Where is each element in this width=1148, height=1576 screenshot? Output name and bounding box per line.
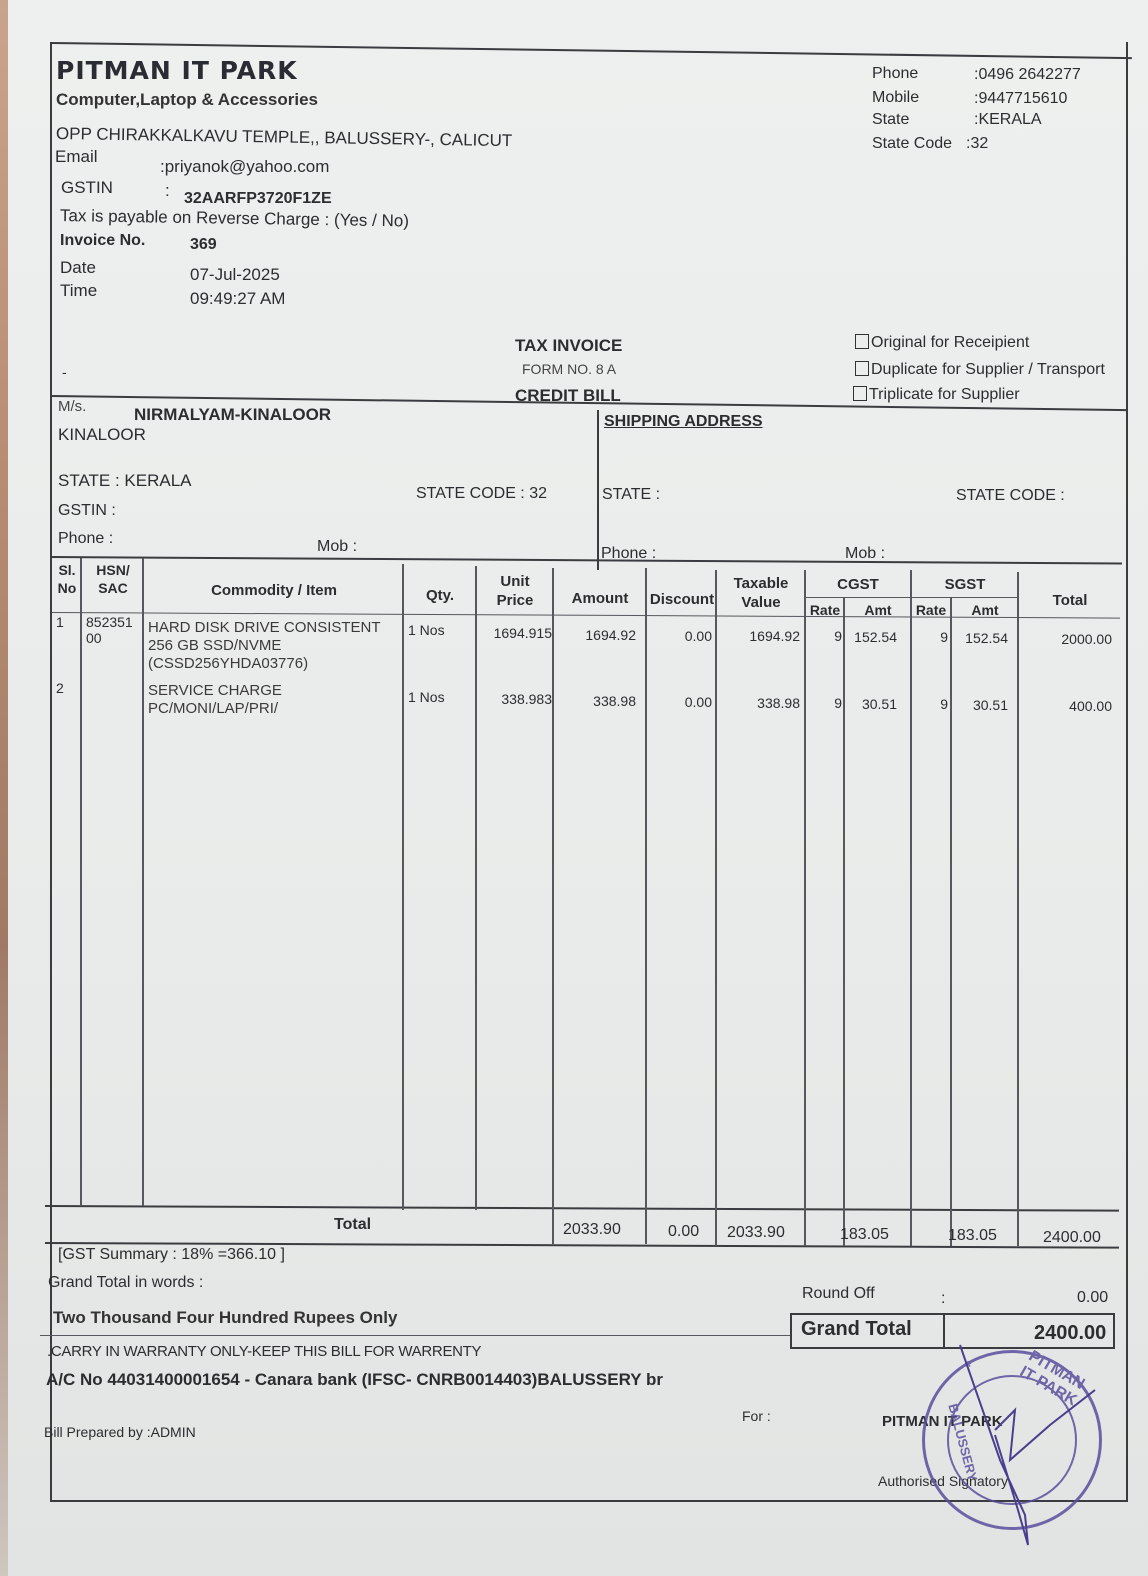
seller-gstin: 32AARFP3720F1ZE [184,190,332,208]
round-off-value: 0.00 [1077,1289,1108,1307]
row-item-line: 256 GB SSD/NVME [148,637,381,655]
checkbox-duplicate[interactable] [855,361,869,376]
round-off-sep: : [941,1290,945,1308]
col-rule [475,566,477,1210]
row-amount: 1694.92 [554,627,636,643]
header-qty: Qty. [404,587,476,604]
row-cgst-rate: 9 [806,695,842,711]
buyer-ms-label: M/s. [58,398,86,415]
row-sgst-amt: 30.51 [952,697,1008,713]
row-hsn: 852351 00 [86,614,133,646]
grand-total-words: Two Thousand Four Hundred Rupees Only [53,1308,397,1328]
copy-duplicate-label: Duplicate for Supplier / Transport [871,361,1105,378]
gst-summary: [GST Summary : 18% =366.10 ] [58,1246,285,1264]
row-qty: 1 Nos [408,622,445,638]
invoice-time: 09:49:27 AM [190,289,285,309]
header-sl-no: Sl. No [54,561,80,597]
col-rule [402,564,404,1210]
shipping-state: STATE : [602,486,660,504]
divider-footer [40,1335,790,1336]
form-number: FORM NO. 8 A [522,361,616,377]
row-item-line: (CSSD256YHDA03776) [148,655,381,673]
seller-phone: :0496 2642277 [974,66,1081,84]
totals-discount: 0.00 [668,1223,699,1241]
copy-triplicate[interactable]: Triplicate for Supplier [853,386,1020,404]
row-discount: 0.00 [646,628,712,644]
buyer-phone: Phone : [58,530,113,548]
header-price: Price [477,591,553,610]
col-rule [804,570,806,1246]
header-no: No [54,579,80,597]
for-label: For : [742,1408,771,1424]
warranty-note: .CARRY IN WARRANTY ONLY-KEEP THIS BILL F… [47,1343,481,1360]
row-cgst-rate: 9 [806,628,842,644]
row-cgst-amt: 152.54 [845,629,897,645]
header-total: Total [1019,592,1121,609]
placeholder-dash: - [62,364,67,380]
invoice-number-label: Invoice No. [60,232,145,250]
header-unit-price: Unit Price [477,572,553,610]
col-rule [142,558,144,1206]
photo-background-edge [0,0,8,1576]
copy-original[interactable]: Original for Receipient [855,334,1029,352]
col-rule [715,570,717,1246]
copy-original-label: Original for Receipient [871,334,1029,351]
seller-gstin-sep: : [165,181,170,201]
col-rule [552,568,554,1244]
invoice-date-label: Date [60,258,96,278]
header-discount: Discount [646,591,718,608]
row-discount: 0.00 [646,694,712,710]
header-value: Value [717,593,805,612]
row-sl: 2 [56,680,64,696]
seller-email: :priyanok@yahoo.com [160,157,329,177]
col-rule [80,558,82,1206]
seller-state: :KERALA [974,111,1042,129]
row-cgst-amt: 30.51 [845,696,897,712]
header-hsn: HSN/ [84,561,142,579]
header-cgst: CGST [806,576,910,593]
header-sl: Sl. [54,561,80,579]
divider-buyer-shipping [597,410,599,570]
row-sgst-rate: 9 [912,629,948,645]
checkbox-triplicate[interactable] [853,386,867,401]
col-rule [910,570,912,1246]
bill-prepared-by: Bill Prepared by :ADMIN [44,1424,196,1440]
grand-total-words-label: Grand Total in words : [48,1274,203,1292]
header-sgst-rate: Rate [912,602,950,618]
header-sgst: SGST [912,576,1018,593]
row-sgst-rate: 9 [912,696,948,712]
round-off-label: Round Off [802,1285,875,1303]
totals-cgst-amt: 183.05 [840,1226,889,1244]
totals-amount: 2033.90 [563,1221,621,1239]
shipping-address-title: SHIPPING ADDRESS [604,413,763,431]
row-hsn-line: 00 [86,630,133,646]
col-rule [950,598,952,1246]
header-sgst-amt: Amt [952,602,1018,618]
copy-duplicate[interactable]: Duplicate for Supplier / Transport [855,361,1105,379]
grand-total-label: Grand Total [801,1318,912,1341]
row-amount: 338.98 [554,693,636,709]
row-item-line: SERVICE CHARGE [148,682,282,700]
row-item-line: HARD DISK DRIVE CONSISTENT [148,619,381,637]
totals-label: Total [334,1216,371,1234]
buyer-state: STATE : KERALA [58,471,192,491]
buyer-gstin: GSTIN : [58,502,116,520]
header-taxable: Taxable [717,574,805,593]
row-item-line: PC/MONI/LAP/PRI/ [148,700,282,718]
seller-tagline: Computer,Laptop & Accessories [56,90,318,110]
header-cgst-amt: Amt [845,602,911,618]
invoice-number: 369 [190,236,217,254]
header-unit: Unit [477,572,553,591]
header-item: Commodity / Item [144,582,404,599]
row-total: 2000.00 [1019,631,1112,647]
row-sgst-amt: 152.54 [952,630,1008,646]
checkbox-original[interactable] [855,334,869,349]
row-unit-price: 338.983 [477,691,552,707]
row-taxable: 338.98 [717,695,800,711]
buyer-state-code: STATE CODE : 32 [416,485,547,503]
buyer-mob: Mob : [317,538,357,556]
header-amount: Amount [554,590,646,607]
row-taxable: 1694.92 [717,628,800,644]
bank-details: A/C No 44031400001654 - Canara bank (IFS… [46,1370,663,1390]
buyer-address: KINALOOR [58,425,146,445]
seller-mobile-label: Mobile [872,89,919,107]
shipping-state-code: STATE CODE : [956,487,1065,505]
seller-name-logo: PITMAN IT PARK [56,56,298,85]
copy-triplicate-label: Triplicate for Supplier [869,386,1020,403]
seller-state-code: :32 [966,135,988,153]
invoice-date: 07-Jul-2025 [190,265,280,285]
invoice-border [50,42,1128,1502]
totals-total: 2400.00 [1043,1229,1101,1247]
col-rule [645,568,647,1244]
invoice-time-label: Time [60,281,97,301]
row-hsn-line: 852351 [86,614,133,630]
seller-gstin-label: GSTIN [61,178,113,198]
row-item: SERVICE CHARGE PC/MONI/LAP/PRI/ [148,682,282,718]
seller-email-label: Email [55,147,98,167]
seller-state-code-label: State Code [872,135,952,153]
buyer-name: NIRMALYAM-KINALOOR [134,405,331,425]
col-rule [1017,572,1019,1246]
totals-sgst-amt: 183.05 [948,1227,997,1245]
row-total: 400.00 [1019,698,1112,714]
seller-phone-label: Phone [872,65,918,83]
row-sl: 1 [56,614,64,630]
seller-mobile: :9447715610 [974,90,1067,108]
header-hsn-sac: HSN/ SAC [84,561,142,597]
row-unit-price: 1694.915 [477,625,552,641]
header-sac: SAC [84,579,142,597]
totals-taxable: 2033.90 [727,1224,785,1242]
row-item: HARD DISK DRIVE CONSISTENT 256 GB SSD/NV… [148,619,381,673]
header-taxable-value: Taxable Value [717,574,805,612]
header-cgst-rate: Rate [806,602,844,618]
tax-invoice-title: TAX INVOICE [515,336,622,356]
row-qty: 1 Nos [408,689,445,705]
signature-scribble [900,1340,1120,1550]
tax-subheader-rule [806,597,1018,598]
seller-state-label: State [872,111,909,129]
